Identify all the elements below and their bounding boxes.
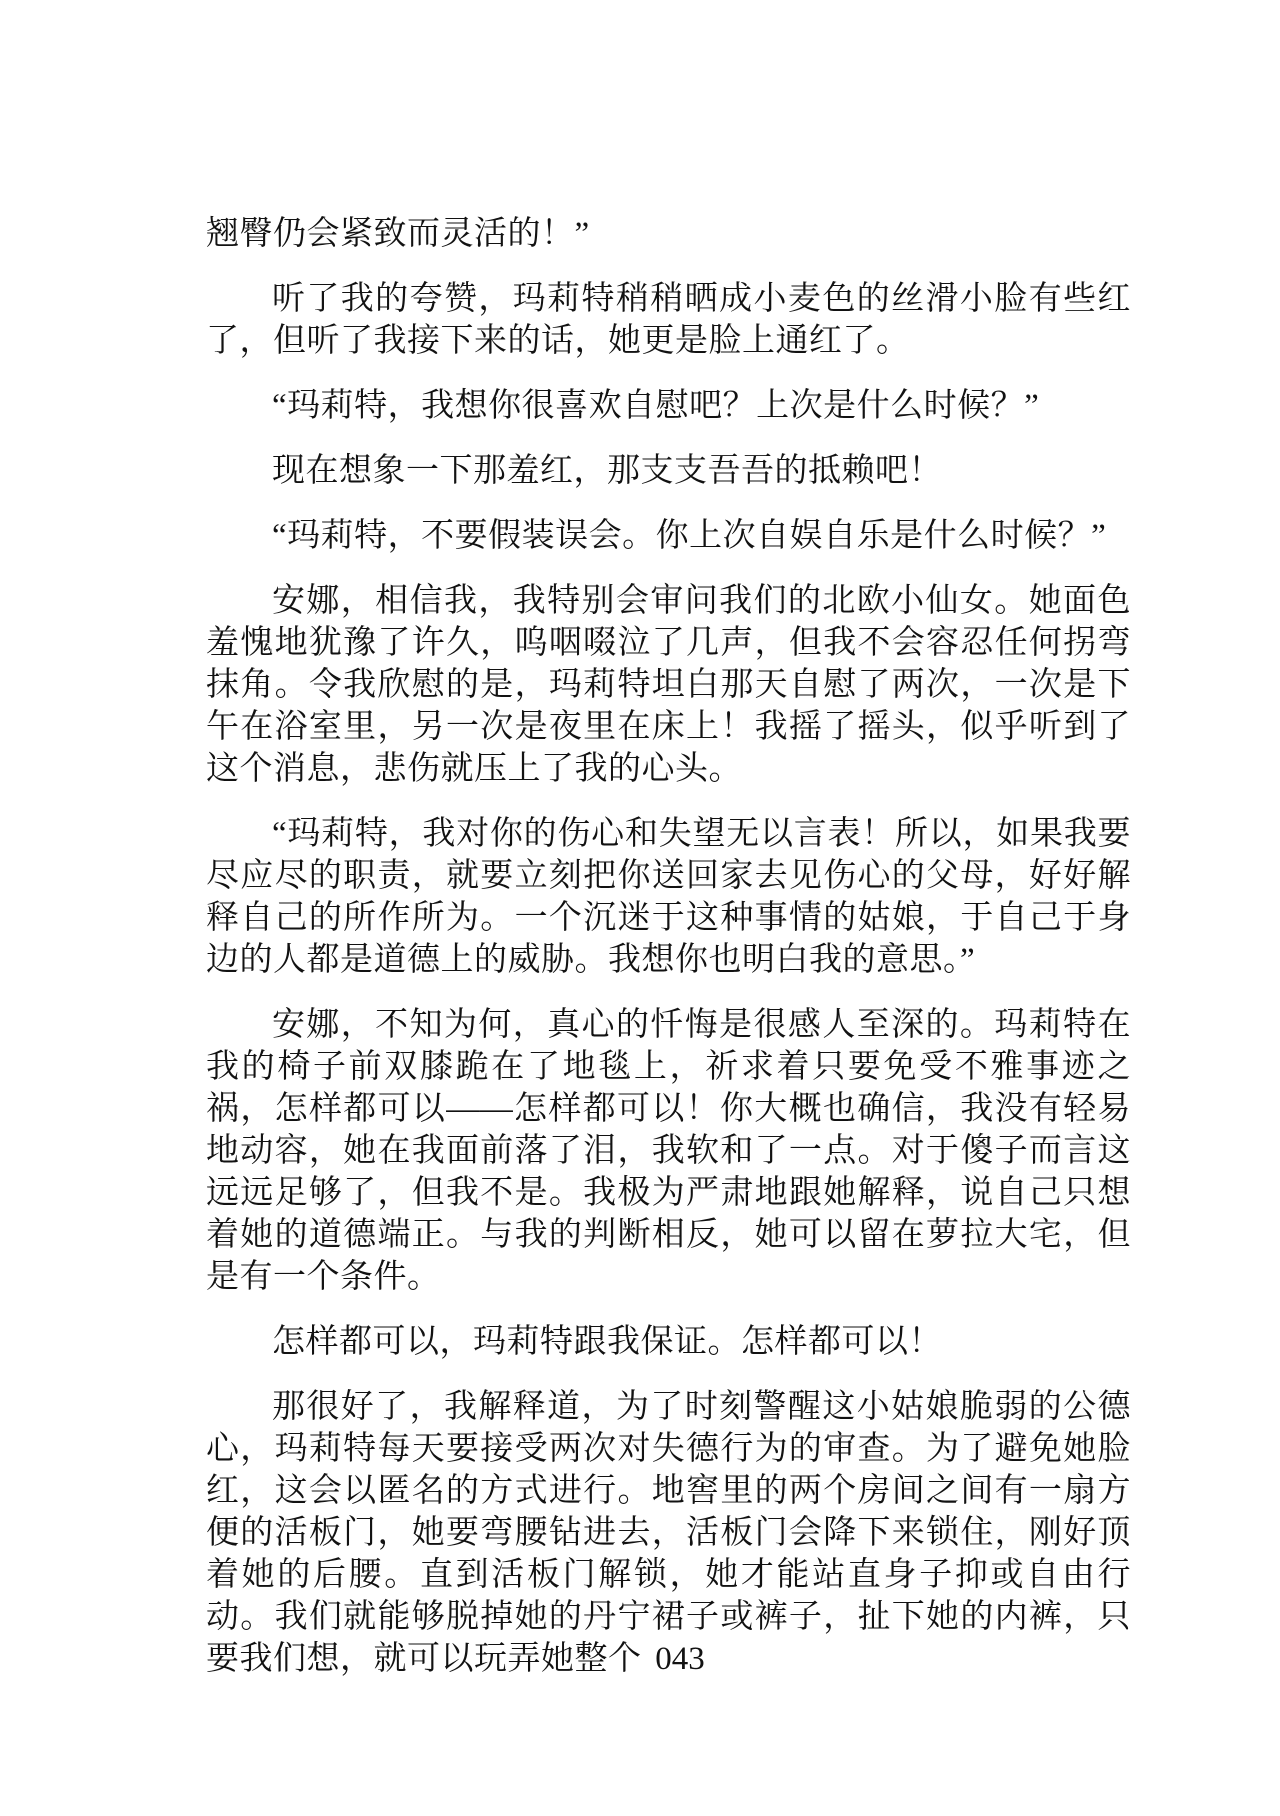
page-number: 043 bbox=[206, 1638, 1154, 1680]
book-page: 翘臀仍会紧致而灵活的！” 听了我的夸赞，玛莉特稍稍晒成小麦色的丝滑小脸有些红了，… bbox=[0, 0, 1280, 1816]
paragraph: 那很好了，我解释道，为了时刻警醒这小姑娘脆弱的公德心，玛莉特每天要接受两次对失德… bbox=[206, 1386, 1131, 1680]
paragraph: 听了我的夸赞，玛莉特稍稍晒成小麦色的丝滑小脸有些红了，但听了我接下来的话，她更是… bbox=[206, 278, 1131, 362]
paragraph: 安娜，相信我，我特别会审问我们的北欧小仙女。她面色羞愧地犹豫了许久，呜咽啜泣了几… bbox=[206, 580, 1131, 790]
page-text-block: 翘臀仍会紧致而灵活的！” 听了我的夸赞，玛莉特稍稍晒成小麦色的丝滑小脸有些红了，… bbox=[206, 213, 1131, 1680]
paragraph: 现在想象一下那羞红，那支支吾吾的抵赖吧！ bbox=[206, 450, 1131, 492]
paragraph: “玛莉特，不要假装误会。你上次自娱自乐是什么时候？” bbox=[206, 515, 1131, 557]
paragraph: “玛莉特，我对你的伤心和失望无以言表！所以，如果我要尽应尽的职责，就要立刻把你送… bbox=[206, 813, 1131, 981]
paragraph: 翘臀仍会紧致而灵活的！” bbox=[206, 213, 1131, 255]
paragraph: 安娜，不知为何，真心的忏悔是很感人至深的。玛莉特在我的椅子前双膝跪在了地毯上，祈… bbox=[206, 1004, 1131, 1298]
paragraph: 怎样都可以，玛莉特跟我保证。怎样都可以！ bbox=[206, 1321, 1131, 1363]
paragraph: “玛莉特，我想你很喜欢自慰吧？上次是什么时候？” bbox=[206, 385, 1131, 427]
